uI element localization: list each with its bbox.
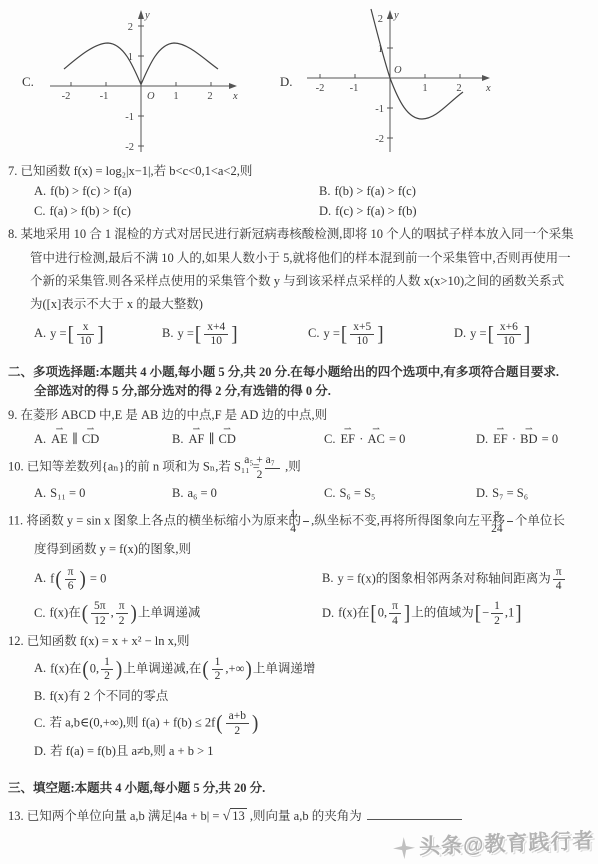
denominator: 10 <box>77 335 95 348</box>
right-paren: ) <box>116 659 122 680</box>
denominator: 4 <box>553 580 565 593</box>
option-text: f(a) > f(b) > f(c) <box>49 204 130 218</box>
option-label: C. <box>34 606 45 620</box>
numerator: π <box>553 566 565 580</box>
y-tick-label: -2 <box>125 142 134 153</box>
square-root: √13 <box>223 809 247 823</box>
fraction: 12 <box>212 656 224 683</box>
numerator: π <box>65 566 77 580</box>
numerator: 5π <box>91 600 109 614</box>
denominator: 6 <box>65 580 77 593</box>
question-10-options: A.S₁₁ = 0 B.a₆ = 0 C.S₆ = S₅ D.S₇ = S₆ <box>8 484 588 503</box>
question-12-stem: 12. 已知函数 f(x) = x + x² − ln x,则 <box>8 632 588 651</box>
option-text: a₆ = 0 <box>187 486 216 500</box>
option-label: A. <box>34 184 46 198</box>
vector: AF <box>187 430 205 449</box>
option-mid: 上单调递减,在 <box>123 661 201 675</box>
stem-post: ,则 <box>285 460 301 474</box>
section-2-header: 二、多项选择题:本题共 4 小题,每小题 5 分,共 20 分.在每小题给出的四… <box>8 363 588 402</box>
option-label: C. <box>34 716 45 730</box>
option-label: B. <box>34 689 45 703</box>
question-12-options: A.f(x)在(0,12)上单调递减,在(12,+∞)上单调递增 B.f(x)有… <box>8 655 588 761</box>
option-7c: C.f(a) > f(b) > f(c) <box>34 202 319 221</box>
stem-pre: 10. 已知等差数列{aₙ}的前 n 项和为 Sₙ,若 S₁₁ = <box>8 460 260 474</box>
right-bracket: ] <box>404 603 410 624</box>
question-8-line3: 个新的采集管.则各采样点使用的采集管个数 y 与到该采样点采样的人数 x(x>1… <box>8 272 588 291</box>
denominator: 10 <box>497 335 521 348</box>
watermark-text: 头条@教育践行者 <box>418 826 595 864</box>
left-bracket: [ <box>488 324 494 345</box>
denominator: 10 <box>204 335 228 348</box>
fraction: π6 <box>65 566 77 593</box>
left-bracket: [ <box>195 324 201 345</box>
denominator: 2 <box>226 724 249 737</box>
fraction: x10 <box>77 321 95 348</box>
right-bracket: ] <box>515 603 521 624</box>
vector: CD <box>217 430 236 449</box>
fraction: 12 <box>101 656 113 683</box>
x-tick-label: 1 <box>173 91 178 102</box>
option-pre: y = <box>470 326 486 340</box>
question-7: 7. 已知函数 f(x) = log₂|x−1|,若 b<c<0,1<a<2,则… <box>8 162 588 221</box>
question-7-options: A.f(b) > f(c) > f(a) B.f(b) > f(a) > f(c… <box>8 182 588 221</box>
question-11-options-row1: A.f(π6) = 0 B.y = f(x)的图象相邻两条对称轴间距离为π4 <box>8 565 588 594</box>
numerator: x <box>77 321 95 335</box>
option-pre: 若 a,b∈(0,+∞),则 f(a) + f(b) ≤ 2f <box>49 716 215 730</box>
stem-post: ,则向量 a,b 的夹角为 <box>250 809 362 823</box>
option-label: B. <box>172 486 183 500</box>
left-bracket: [ <box>68 324 74 345</box>
option-text: S₇ = S₆ <box>492 486 528 500</box>
origin-label: O <box>147 91 155 102</box>
y-tick-label: -1 <box>125 112 134 123</box>
y-tick-label: 1 <box>128 52 133 63</box>
option-post: = 0 <box>90 571 106 585</box>
numerator: 1 <box>101 656 113 670</box>
right-paren: ) <box>252 713 258 734</box>
fraction: x+610 <box>497 321 521 348</box>
option-pre: f <box>50 571 54 585</box>
question-13-stem: 13. 已知两个单位向量 a,b 满足|4a + b| = √13 ,则向量 a… <box>8 806 588 828</box>
fraction: a+b2 <box>226 710 249 737</box>
numerator: π <box>389 600 401 614</box>
relation: ∥ <box>72 432 78 446</box>
answer-blank <box>367 807 462 820</box>
x-axis-label: x <box>485 83 491 94</box>
option-pre: y = f(x)的图象相邻两条对称轴间距离为 <box>337 571 550 585</box>
option-11d: D.f(x)在[0,π4]上的值域为[−12,1] <box>322 599 588 628</box>
option-12d: D.若 f(a) = f(b)且 a≠b,则 a + b > 1 <box>34 742 588 761</box>
option-10a: A.S₁₁ = 0 <box>34 484 172 503</box>
option-label: A. <box>34 661 46 675</box>
segment: 0, <box>378 606 387 620</box>
vector: EF <box>339 430 356 449</box>
option-11b: B.y = f(x)的图象相邻两条对称轴间距离为π4 <box>322 565 588 594</box>
numerator: x+5 <box>350 321 374 335</box>
y-tick-label: 2 <box>377 14 382 25</box>
denominator: 24 <box>507 522 513 535</box>
y-tick-label: 2 <box>128 22 133 33</box>
right-bracket: ] <box>524 324 530 345</box>
stem-mid: ,纵坐标不变,再将所得图象向左平移 <box>311 514 505 528</box>
right-paren: ) <box>79 569 85 590</box>
question-8: 8. 某地采用 10 合 1 混检的方式对居民进行新冠病毒核酸检测,即将 10 … <box>8 225 588 349</box>
denominator: 2 <box>116 614 128 627</box>
vector: CD <box>81 430 100 449</box>
numerator: 1 <box>491 600 503 614</box>
option-8a: A.y =[x10] <box>34 320 162 349</box>
option-9a: A.AE ∥ CD <box>34 426 172 449</box>
stem-pre: 11. 将函数 y = sin x 图象上各点的横坐标缩小为原来的 <box>8 514 301 528</box>
denominator: 4 <box>389 614 401 627</box>
right-bracket: ] <box>231 324 237 345</box>
numerator: 1 <box>303 508 309 522</box>
y-tick-label: -2 <box>375 134 384 145</box>
separator: , <box>111 606 114 620</box>
option-9b: B.AF ∥ CD <box>172 426 324 449</box>
y-tick-label: -1 <box>375 104 384 115</box>
denominator: 10 <box>350 335 374 348</box>
question-11-stem-line1: 11. 将函数 y = sin x 图象上各点的横坐标缩小为原来的14,纵坐标不… <box>8 507 588 536</box>
right-bracket: ] <box>377 324 383 345</box>
option-text: f(c) > f(a) > f(b) <box>335 204 416 218</box>
right-bracket: ] <box>97 324 103 345</box>
option-pre: f(x)在 <box>50 661 81 675</box>
option-12c: C.若 a,b∈(0,+∞),则 f(a) + f(b) ≤ 2f(a+b2) <box>34 709 588 738</box>
denominator: 4 <box>303 522 309 535</box>
section-2-line1: 二、多项选择题:本题共 4 小题,每小题 5 分,共 20 分.在每小题给出的四… <box>8 363 588 382</box>
option-label: D. <box>322 606 334 620</box>
segment: 0, <box>90 661 99 675</box>
option-pre: y = <box>50 326 66 340</box>
option-10c: C.S₆ = S₅ <box>324 484 476 503</box>
relation: · <box>359 432 363 446</box>
option-label: B. <box>162 326 173 340</box>
option-label: C. <box>324 486 335 500</box>
left-bracket: [ <box>475 603 481 624</box>
numerator: a₅ + a₇ <box>265 454 280 468</box>
origin-label: O <box>394 65 402 76</box>
option-text: f(b) > f(a) > f(c) <box>334 184 415 198</box>
x-tick-label: 2 <box>456 83 461 94</box>
option-11c: C.f(x)在(5π12,π2)上单调递减 <box>34 599 322 628</box>
option-label: A. <box>34 326 46 340</box>
fraction: 5π12 <box>91 600 109 627</box>
option-text: 若 f(a) = f(b)且 a≠b,则 a + b > 1 <box>50 744 213 758</box>
figure-letter-c: C. <box>22 72 34 92</box>
option-label: D. <box>454 326 466 340</box>
option-post: = 0 <box>389 432 405 446</box>
graph-d: -2 -1 1 2 2 1 -1 -2 O x y <box>295 6 497 158</box>
option-pre: f(x)在 <box>338 606 369 620</box>
section-3-line1: 三、填空题:本题共 4 小题,每小题 5 分,共 20 分. <box>8 779 588 798</box>
option-pre: y = <box>177 326 193 340</box>
stem-tail: 个单位长 <box>515 514 565 528</box>
option-label: D. <box>476 486 488 500</box>
x-tick-label: -1 <box>349 83 358 94</box>
option-label: C. <box>308 326 319 340</box>
left-paren: ( <box>202 659 208 680</box>
question-10: 10. 已知等差数列{aₙ}的前 n 项和为 Sₙ,若 S₁₁ = a₅ + a… <box>8 453 588 503</box>
left-paren: ( <box>55 569 61 590</box>
option-10b: B.a₆ = 0 <box>172 484 324 503</box>
fraction: 12 <box>491 600 503 627</box>
vector: AC <box>366 430 385 449</box>
option-10d: D.S₇ = S₆ <box>476 484 588 503</box>
fraction: 14 <box>303 508 309 535</box>
question-10-stem: 10. 已知等差数列{aₙ}的前 n 项和为 Sₙ,若 S₁₁ = a₅ + a… <box>8 453 588 482</box>
question-11-options-row2: C.f(x)在(5π12,π2)上单调递减 D.f(x)在[0,π4]上的值域为… <box>8 599 588 628</box>
question-8-line1: 8. 某地采用 10 合 1 混检的方式对居民进行新冠病毒核酸检测,即将 10 … <box>8 225 588 244</box>
option-8c: C.y =[x+510] <box>308 320 454 349</box>
relation: ∥ <box>209 432 215 446</box>
x-tick-label: 2 <box>207 91 212 102</box>
answer-figures: C. -2 -1 1 2 2 1 -1 <box>8 6 588 158</box>
radicand: 13 <box>230 808 247 823</box>
option-7a: A.f(b) > f(c) > f(a) <box>34 182 319 201</box>
option-label: D. <box>319 204 331 218</box>
denominator: 2 <box>212 670 224 683</box>
question-8-line4: 为([x]表示不大于 x 的最大整数) <box>8 295 588 314</box>
section-2-line2: 全部选对的得 5 分,部分选对的得 2 分,有选错的得 0 分. <box>8 382 588 401</box>
option-11a: A.f(π6) = 0 <box>34 565 322 594</box>
option-label: B. <box>319 184 330 198</box>
question-9-options: A.AE ∥ CD B.AF ∥ CD C.EF · AC = 0 D.EF ·… <box>8 426 588 449</box>
option-post: 上单调递增 <box>253 661 316 675</box>
fraction: x+410 <box>204 321 228 348</box>
question-12: 12. 已知函数 f(x) = x + x² − ln x,则 A.f(x)在(… <box>8 632 588 761</box>
fraction: π4 <box>553 566 565 593</box>
option-pre: f(x)在 <box>49 606 80 620</box>
option-label: A. <box>34 571 46 585</box>
curve-d <box>371 9 463 119</box>
fraction: π2 <box>116 600 128 627</box>
option-text: S₆ = S₅ <box>339 486 375 500</box>
option-12a: A.f(x)在(0,12)上单调递减,在(12,+∞)上单调递增 <box>34 655 588 684</box>
option-label: D. <box>34 744 46 758</box>
x-tick-label: -2 <box>315 83 324 94</box>
graph-c: -2 -1 1 2 2 1 -1 -2 O x y <box>36 6 244 158</box>
question-7-stem: 7. 已知函数 f(x) = log₂|x−1|,若 b<c<0,1<a<2,则 <box>8 162 588 181</box>
denominator: 2 <box>265 469 280 482</box>
question-8-options: A.y =[x10] B.y =[x+410] C.y =[x+510] D.y… <box>8 320 588 349</box>
section-3-header: 三、填空题:本题共 4 小题,每小题 5 分,共 20 分. <box>8 779 588 798</box>
left-bracket: [ <box>341 324 347 345</box>
option-mid: 上的值域为 <box>411 606 474 620</box>
denominator: 12 <box>91 614 109 627</box>
exam-page: C. -2 -1 1 2 2 1 -1 <box>0 0 598 864</box>
left-paren: ( <box>82 659 88 680</box>
option-7d: D.f(c) > f(a) > f(b) <box>319 202 588 221</box>
numerator: x+4 <box>204 321 228 335</box>
vector: AE <box>50 430 69 449</box>
option-label: C. <box>34 204 45 218</box>
question-11-stem-line2: 度得到函数 y = f(x)的图象,则 <box>8 540 588 559</box>
option-label: C. <box>324 432 335 446</box>
stem-pre: 13. 已知两个单位向量 a,b 满足|4a + b| = <box>8 809 219 823</box>
question-8-line2: 管中进行检测,最后不满 10 人的,如果人数小于 5,就将他们的样本混到前一个采… <box>8 249 588 268</box>
denominator: 2 <box>101 670 113 683</box>
fraction: π24 <box>507 508 513 535</box>
option-label: A. <box>34 432 46 446</box>
figure-letter-d: D. <box>280 72 293 92</box>
segment: ,1 <box>505 606 514 620</box>
segment: ,+∞ <box>225 661 244 675</box>
option-8b: B.y =[x+410] <box>162 320 308 349</box>
figure-option-c: C. -2 -1 1 2 2 1 -1 <box>22 6 244 158</box>
numerator: π <box>116 600 128 614</box>
question-13: 13. 已知两个单位向量 a,b 满足|4a + b| = √13 ,则向量 a… <box>8 806 588 828</box>
numerator: x+6 <box>497 321 521 335</box>
option-pre: y = <box>323 326 339 340</box>
sparkle-icon <box>391 836 416 861</box>
fraction: π4 <box>389 600 401 627</box>
y-tick-label: 1 <box>377 44 382 55</box>
right-paren: ) <box>131 603 137 624</box>
question-11: 11. 将函数 y = sin x 图象上各点的横坐标缩小为原来的14,纵坐标不… <box>8 507 588 628</box>
option-label: A. <box>34 486 46 500</box>
fraction: a₅ + a₇2 <box>265 454 280 481</box>
numerator: π <box>507 508 513 522</box>
option-7b: B.f(b) > f(a) > f(c) <box>319 182 588 201</box>
segment: − <box>482 606 489 620</box>
numerator: a+b <box>226 710 249 724</box>
question-9: 9. 在菱形 ABCD 中,E 是 AB 边的中点,F 是 AD 边的中点,则 … <box>8 406 588 450</box>
watermark: 头条@教育践行者 <box>391 826 594 864</box>
x-tick-label: 1 <box>422 83 427 94</box>
denominator: 2 <box>491 614 503 627</box>
left-bracket: [ <box>370 603 376 624</box>
y-axis-label: y <box>393 10 399 21</box>
relation: · <box>512 432 516 446</box>
fraction: x+510 <box>350 321 374 348</box>
right-paren: ) <box>246 659 252 680</box>
option-8d: D.y =[x+610] <box>454 320 588 349</box>
left-paren: ( <box>216 713 222 734</box>
x-axis-label: x <box>232 91 238 102</box>
option-text: f(x)有 2 个不同的零点 <box>49 689 168 703</box>
x-tick-label: -2 <box>62 91 71 102</box>
figure-option-d: D. -2 -1 1 2 2 1 -1 <box>280 6 497 158</box>
option-label: D. <box>476 432 488 446</box>
option-text: f(b) > f(c) > f(a) <box>50 184 131 198</box>
option-9c: C.EF · AC = 0 <box>324 426 476 449</box>
option-9d: D.EF · BD = 0 <box>476 426 588 449</box>
numerator: 1 <box>212 656 224 670</box>
option-label: B. <box>322 571 333 585</box>
x-tick-label: -1 <box>100 91 109 102</box>
left-paren: ( <box>82 603 88 624</box>
option-post: 上单调递减 <box>138 606 201 620</box>
option-12b: B.f(x)有 2 个不同的零点 <box>34 687 588 706</box>
option-text: S₁₁ = 0 <box>50 486 85 500</box>
vector: BD <box>519 430 538 449</box>
option-post: = 0 <box>542 432 558 446</box>
option-label: B. <box>172 432 183 446</box>
vector: EF <box>492 430 509 449</box>
y-axis-label: y <box>144 10 150 21</box>
